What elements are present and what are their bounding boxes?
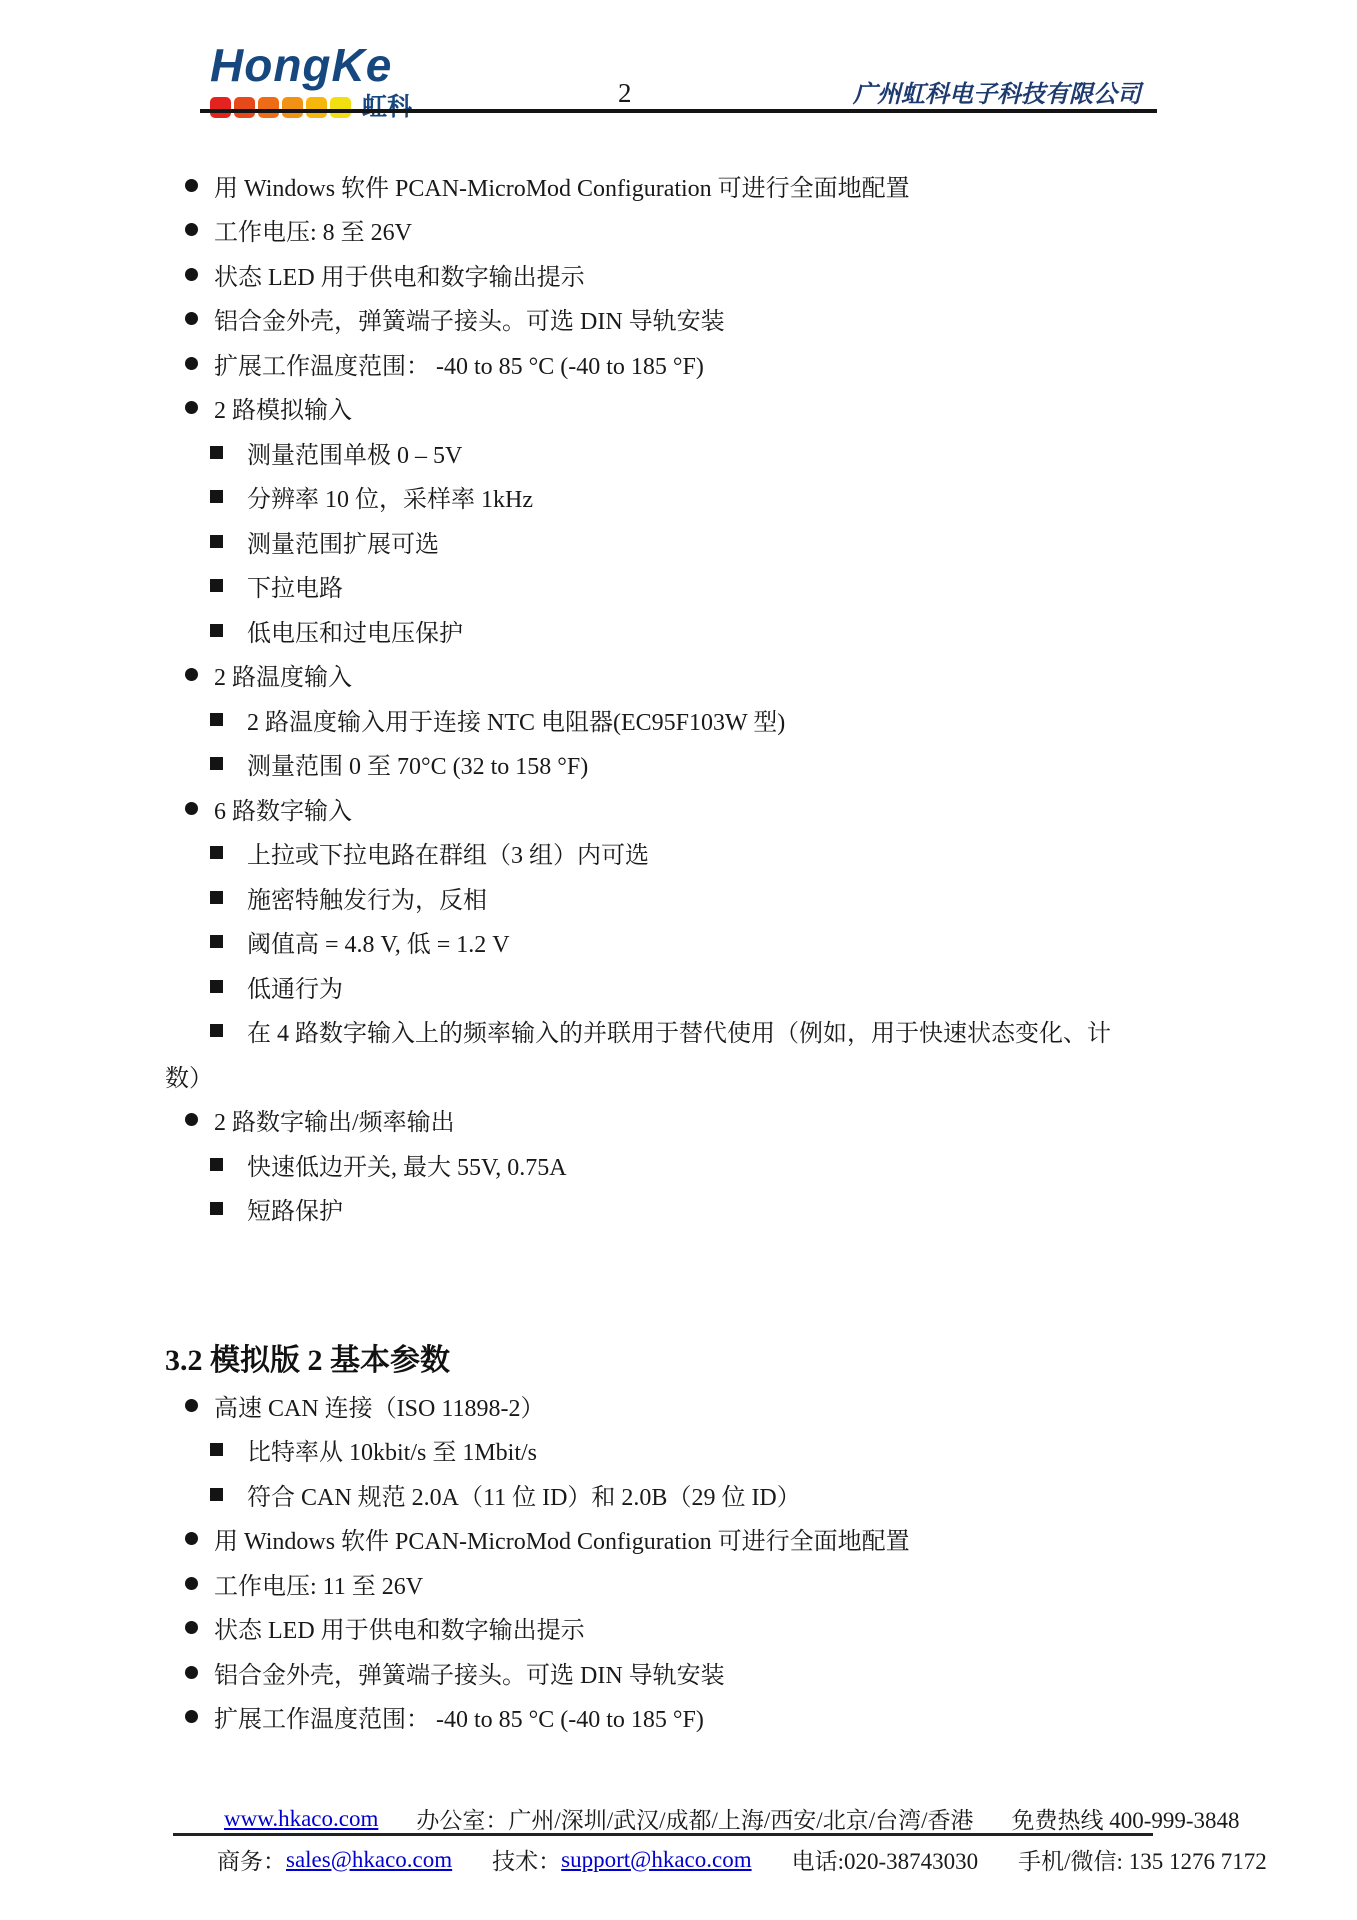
- website-link[interactable]: www.hkaco.com: [224, 1806, 378, 1832]
- list-item-text: 测量范围扩展可选: [247, 524, 439, 559]
- list-item-text: 2 路温度输入: [214, 657, 352, 692]
- list-item: 工作电压: 11 至 26V: [165, 1561, 1212, 1606]
- bullet-square-icon: [210, 980, 223, 993]
- list-item-text: 高速 CAN 连接（ISO 11898-2）: [214, 1388, 544, 1423]
- list-item-text: 状态 LED 用于供电和数字输出提示: [214, 1610, 585, 1645]
- list-item: 低电压和过电压保护: [165, 608, 1212, 653]
- list-item: 下拉电路: [165, 564, 1212, 609]
- list-item-text: 扩展工作温度范围： -40 to 85 °C (-40 to 185 °F): [214, 346, 704, 381]
- bullet-dot-icon: [185, 223, 198, 236]
- footer-tech-label: 技术：: [492, 1843, 561, 1876]
- logo-square-icon: [306, 97, 327, 118]
- list-item-text: 在 4 路数字输入上的频率输入的并联用于替代使用（例如，用于快速状态变化、计: [247, 1013, 1111, 1048]
- bullet-square-icon: [210, 935, 223, 948]
- bullet-square-icon: [210, 446, 223, 459]
- list-item-text: 分辨率 10 位，采样率 1kHz: [247, 479, 533, 514]
- document-body: 用 Windows 软件 PCAN-MicroMod Configuration…: [165, 163, 1212, 1739]
- list-item-text: 工作电压: 11 至 26V: [214, 1566, 423, 1601]
- list-item: 用 Windows 软件 PCAN-MicroMod Configuration…: [165, 163, 1212, 208]
- list-item-text: 低通行为: [247, 969, 343, 1004]
- bullet-square-icon: [210, 1158, 223, 1171]
- logo-square-icon: [282, 97, 303, 118]
- list-item-text: 用 Windows 软件 PCAN-MicroMod Configuration…: [214, 168, 910, 203]
- list-item-text: 测量范围 0 至 70°C (32 to 158 °F): [247, 746, 588, 781]
- footer-hotline: 免费热线 400-999-3848: [1011, 1802, 1239, 1835]
- list-item-text: 快速低边开关, 最大 55V, 0.75A: [247, 1147, 567, 1182]
- list-item-text: 用 Windows 软件 PCAN-MicroMod Configuration…: [214, 1521, 910, 1556]
- bullet-dot-icon: [185, 1666, 198, 1679]
- bullet-dot-icon: [185, 357, 198, 370]
- list-item: 2 路数字输出/频率输出: [165, 1098, 1212, 1143]
- list-item: 高速 CAN 连接（ISO 11898-2）: [165, 1383, 1212, 1428]
- logo-square-icon: [234, 97, 255, 118]
- bullet-square-icon: [210, 1024, 223, 1037]
- logo-square-icon: [330, 97, 351, 118]
- list-item: 工作电压: 8 至 26V: [165, 208, 1212, 253]
- bullet-square-icon: [210, 846, 223, 859]
- list-item-text: 铝合金外壳，弹簧端子接头。可选 DIN 导轨安装: [214, 301, 725, 336]
- bullet-dot-icon: [185, 401, 198, 414]
- list-item: 测量范围 0 至 70°C (32 to 158 °F): [165, 742, 1212, 787]
- list-item: 比特率从 10kbit/s 至 1Mbit/s: [165, 1428, 1212, 1473]
- list-item: 扩展工作温度范围： -40 to 85 °C (-40 to 185 °F): [165, 341, 1212, 386]
- list-item-text: 数）: [165, 1058, 213, 1093]
- list-item-text: 工作电压: 8 至 26V: [214, 212, 412, 247]
- bullet-dot-icon: [185, 802, 198, 815]
- list-item: 符合 CAN 规范 2.0A（11 位 ID）和 2.0B（29 位 ID）: [165, 1472, 1212, 1517]
- footer-mobile: 手机/微信: 135 1276 7172: [1018, 1843, 1267, 1876]
- bullet-square-icon: [210, 713, 223, 726]
- document-page: HongKe 虹科 2 广州虹科电子科技有限公司 用 Windows 软件 PC…: [0, 0, 1357, 1920]
- list-item-text: 2 路温度输入用于连接 NTC 电阻器(EC95F103W 型): [247, 702, 785, 737]
- list-item-text: 上拉或下拉电路在群组（3 组）内可选: [247, 835, 649, 870]
- list-item: 测量范围扩展可选: [165, 519, 1212, 564]
- list-item-text: 铝合金外壳，弹簧端子接头。可选 DIN 导轨安装: [214, 1655, 725, 1690]
- bullet-square-icon: [210, 1202, 223, 1215]
- list-item-text: 短路保护: [247, 1191, 343, 1226]
- bullet-square-icon: [210, 1488, 223, 1501]
- list-item-text: 测量范围单极 0 – 5V: [247, 435, 462, 470]
- bullet-dot-icon: [185, 1399, 198, 1412]
- list-item: 分辨率 10 位，采样率 1kHz: [165, 475, 1212, 520]
- list-item: 上拉或下拉电路在群组（3 组）内可选: [165, 831, 1212, 876]
- footer-biz-label: 商务：: [217, 1843, 286, 1876]
- list-item: 快速低边开关, 最大 55V, 0.75A: [165, 1142, 1212, 1187]
- bullet-dot-icon: [185, 1710, 198, 1723]
- list-item: 用 Windows 软件 PCAN-MicroMod Configuration…: [165, 1517, 1212, 1562]
- list-item-text: 2 路数字输出/频率输出: [214, 1102, 455, 1137]
- bullet-dot-icon: [185, 1621, 198, 1634]
- section-heading: 3.2 模拟版 2 基本参数: [165, 1338, 1212, 1383]
- list-item: 在 4 路数字输入上的频率输入的并联用于替代使用（例如，用于快速状态变化、计: [165, 1009, 1212, 1054]
- list-item: 状态 LED 用于供电和数字输出提示: [165, 1606, 1212, 1651]
- list-item: 阈值高 = 4.8 V, 低 = 1.2 V: [165, 920, 1212, 965]
- list-item-text: 扩展工作温度范围： -40 to 85 °C (-40 to 185 °F): [214, 1699, 704, 1734]
- bullet-dot-icon: [185, 1577, 198, 1590]
- logo-square-icon: [210, 97, 231, 118]
- list-item-text: 施密特触发行为，反相: [247, 880, 487, 915]
- list-item: 6 路数字输入: [165, 786, 1212, 831]
- logo-wordmark: HongKe: [210, 42, 412, 88]
- support-email-link[interactable]: support@hkaco.com: [561, 1847, 751, 1873]
- list-item: 测量范围单极 0 – 5V: [165, 430, 1212, 475]
- list-item-continuation: 数）: [165, 1053, 1212, 1098]
- header-divider: [200, 109, 1157, 113]
- list-item-text: 状态 LED 用于供电和数字输出提示: [214, 257, 585, 292]
- list-item-text: 2 路模拟输入: [214, 390, 352, 425]
- page-number: 2: [618, 78, 632, 109]
- company-name: 广州虹科电子科技有限公司: [853, 74, 1153, 109]
- footer-line-2: 商务：sales@hkaco.com技术：support@hkaco.com电话…: [217, 1843, 1267, 1876]
- list-item: 扩展工作温度范围： -40 to 85 °C (-40 to 185 °F): [165, 1695, 1212, 1740]
- bullet-dot-icon: [185, 179, 198, 192]
- list-item: 2 路温度输入: [165, 653, 1212, 698]
- footer-divider: [173, 1833, 1153, 1836]
- sales-email-link[interactable]: sales@hkaco.com: [286, 1847, 452, 1873]
- list-item: 铝合金外壳，弹簧端子接头。可选 DIN 导轨安装: [165, 297, 1212, 342]
- bullet-square-icon: [210, 891, 223, 904]
- list-item: 2 路模拟输入: [165, 386, 1212, 431]
- bullet-dot-icon: [185, 668, 198, 681]
- bullet-dot-icon: [185, 1113, 198, 1126]
- list-item: 施密特触发行为，反相: [165, 875, 1212, 920]
- list-item-text: 符合 CAN 规范 2.0A（11 位 ID）和 2.0B（29 位 ID）: [247, 1477, 801, 1512]
- bullet-square-icon: [210, 624, 223, 637]
- bullet-square-icon: [210, 757, 223, 770]
- list-item: 2 路温度输入用于连接 NTC 电阻器(EC95F103W 型): [165, 697, 1212, 742]
- bullet-dot-icon: [185, 312, 198, 325]
- list-item: 低通行为: [165, 964, 1212, 1009]
- list-item-text: 比特率从 10kbit/s 至 1Mbit/s: [247, 1432, 537, 1467]
- footer-line-1: www.hkaco.com办公室：广州/深圳/武汉/成都/上海/西安/北京/台湾…: [224, 1802, 1240, 1835]
- bullet-dot-icon: [185, 268, 198, 281]
- bullet-square-icon: [210, 579, 223, 592]
- list-item-text: 低电压和过电压保护: [247, 613, 463, 648]
- bullet-square-icon: [210, 1443, 223, 1456]
- bullet-square-icon: [210, 535, 223, 548]
- logo-square-icon: [258, 97, 279, 118]
- logo-squares-row: 虹科: [210, 95, 412, 120]
- list-item-text: 6 路数字输入: [214, 791, 352, 826]
- logo-cn-text: 虹科: [362, 95, 412, 120]
- footer-phone: 电话:020-38743030: [792, 1843, 979, 1876]
- list-item-text: 阈值高 = 4.8 V, 低 = 1.2 V: [247, 924, 510, 959]
- list-item: 状态 LED 用于供电和数字输出提示: [165, 252, 1212, 297]
- footer-offices: 办公室：广州/深圳/武汉/成都/上海/西安/北京/台湾/香港: [416, 1802, 973, 1835]
- list-item: 短路保护: [165, 1187, 1212, 1232]
- bullet-dot-icon: [185, 1532, 198, 1545]
- list-item: 铝合金外壳，弹簧端子接头。可选 DIN 导轨安装: [165, 1650, 1212, 1695]
- bullet-square-icon: [210, 490, 223, 503]
- list-item-text: 下拉电路: [247, 568, 343, 603]
